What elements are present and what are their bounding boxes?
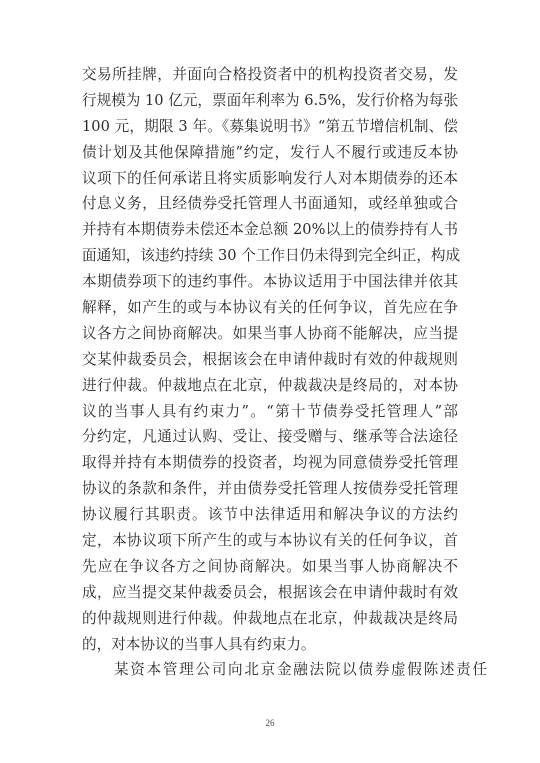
text-line: 议的当事人具有约束力”。“第十节债券受托管理人”部 xyxy=(82,399,458,425)
text-line: 的仲裁规则进行仲裁。仲裁地点在北京，仲裁裁决是终局 xyxy=(82,606,458,632)
text-line: 债计划及其他保障措施”约定，发行人不履行或违反本协 xyxy=(82,140,458,166)
text-line: 进行仲裁。仲裁地点在北京，仲裁裁决是终局的，对本协 xyxy=(82,373,458,399)
text-line: 100 元，期限 3 年。《募集说明书》“第五节增信机制、偿 xyxy=(82,114,458,140)
text-line: 议项下的任何承诺且将实质影响发行人对本期债券的还本 xyxy=(82,166,458,192)
text-line: 议各方之间协商解决。如果当事人协商不能解决，应当提 xyxy=(82,321,458,347)
text-line: 交某仲裁委员会，根据该会在申请仲裁时有效的仲裁规则 xyxy=(82,347,458,373)
text-line: 取得并持有本期债券的投资者，均视为同意债券受托管理 xyxy=(82,450,458,476)
text-line: 定，本协议项下所产生的或与本协议有关的任何争议，首 xyxy=(82,528,458,554)
text-line: 协议履行其职责。该节中法律适用和解决争议的方法约 xyxy=(82,502,458,528)
text-line: 交易所挂牌，并面向合格投资者中的机构投资者交易，发 xyxy=(82,62,458,88)
text-line: 面通知，该违约持续 30 个工作日仍未得到完全纠正，构成 xyxy=(82,243,458,269)
text-line: 协议的条款和条件，并由债券受托管理人按债券受托管理 xyxy=(82,476,458,502)
paragraph-start-line: 某资本管理公司向北京金融法院以债券虚假陈述责任 xyxy=(82,657,458,683)
text-line: 成，应当提交某仲裁委员会，根据该会在申请仲裁时有效 xyxy=(82,580,458,606)
page-number: 26 xyxy=(0,718,540,728)
document-page: 交易所挂牌，并面向合格投资者中的机构投资者交易，发 行规模为 10 亿元，票面年… xyxy=(0,0,540,763)
body-text: 交易所挂牌，并面向合格投资者中的机构投资者交易，发 行规模为 10 亿元，票面年… xyxy=(82,62,458,683)
text-line: 先应在争议各方之间协商解决。如果当事人协商解决不 xyxy=(82,554,458,580)
text-line: 行规模为 10 亿元，票面年利率为 6.5%，发行价格为每张 xyxy=(82,88,458,114)
text-line: 分约定，凡通过认购、受让、接受赠与、继承等合法途径 xyxy=(82,424,458,450)
text-line: 并持有本期债券未偿还本金总额 20%以上的债券持有人书 xyxy=(82,217,458,243)
text-line: 付息义务，且经债券受托管理人书面通知，或经单独或合 xyxy=(82,191,458,217)
text-line: 本期债券项下的违约事件。本协议适用于中国法律并依其 xyxy=(82,269,458,295)
text-line: 的，对本协议的当事人具有约束力。 xyxy=(82,632,458,658)
text-line: 解释，如产生的或与本协议有关的任何争议，首先应在争 xyxy=(82,295,458,321)
